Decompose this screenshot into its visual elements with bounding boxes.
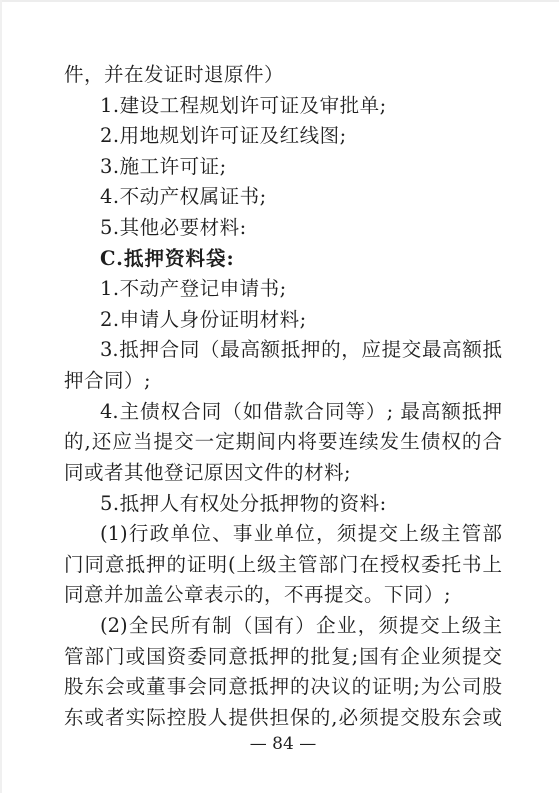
list-item: 1.建设工程规划许可证及审批单; [64,91,502,122]
text-line: 股东会或董事会同意抵押的决议的证明;为公司股 [64,672,502,703]
list-item: 2.申请人身份证明材料; [64,305,502,336]
list-item: 1.不动产登记申请书; [64,274,502,305]
text-line: 同意并加盖公章表示的，不再提交。下同）; [64,580,502,611]
list-item: 5.抵押人有权处分抵押物的资料: [64,489,502,520]
section-heading: C.抵押资料袋: [64,244,502,275]
list-item: (2)全民所有制（国有）企业，须提交上级主 [64,611,502,642]
list-item: (1)行政单位、事业单位，须提交上级主管部 [64,519,502,550]
document-page: 件，并在发证时退原件） 1.建设工程规划许可证及审批单; 2.用地规划许可证及红… [0,0,559,793]
page-number: — 84 — [64,733,502,755]
text-line: 同或者其他登记原因文件的材料; [64,458,502,489]
text-line: 的,还应当提交一定期间内将要连续发生债权的合 [64,427,502,458]
list-item: 4.主债权合同（如借款合同等）; 最高额抵押 [64,397,502,428]
text-line: 管部门或国资委同意抵押的批复;国有企业须提交 [64,642,502,673]
text-line: 门同意抵押的证明(上级主管部门在授权委托书上 [64,550,502,581]
list-item: 3.施工许可证; [64,152,502,183]
list-item: 2.用地规划许可证及红线图; [64,121,502,152]
scan-edge-top [0,0,559,2]
list-item: 5.其他必要材料: [64,213,502,244]
text-line: 件，并在发证时退原件） [64,60,502,91]
document-body-text: 件，并在发证时退原件） 1.建设工程规划许可证及审批单; 2.用地规划许可证及红… [64,60,502,733]
scan-edge-left [0,0,2,793]
text-line: 押合同）; [64,366,502,397]
text-line: 东或者实际控股人提供担保的,必须提交股东会或 [64,703,502,734]
list-item: 4.不动产权属证书; [64,182,502,213]
list-item: 3.抵押合同（最高额抵押的，应提交最高额抵 [64,335,502,366]
